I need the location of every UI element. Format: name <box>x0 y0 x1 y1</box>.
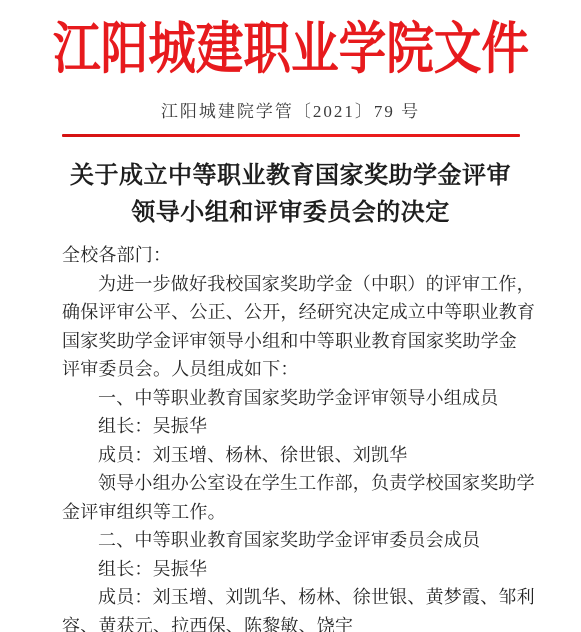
body-line: 组长：吴振华 <box>62 412 525 441</box>
body-line: 组长：吴振华 <box>62 555 525 584</box>
body-line: 一、中等职业教育国家奖助学金评审领导小组成员 <box>62 384 525 413</box>
body-line: 国家奖助学金评审领导小组和中等职业教育国家奖助学金 <box>62 327 525 356</box>
body-line: 领导小组办公室设在学生工作部，负责学校国家奖助学 <box>62 469 525 498</box>
body-line: 二、中等职业教育国家奖助学金评审委员会成员 <box>62 526 525 555</box>
document-page: 江阳城建职业学院文件 江阳城建院学管〔2021〕79 号 关于成立中等职业教育国… <box>0 0 581 632</box>
body-line: 容、黄获元、拉西保、陈黎敏、饶宇 <box>62 612 525 632</box>
document-masthead: 江阳城建职业学院文件 <box>0 14 581 86</box>
body-line: 全校各部门： <box>62 241 525 270</box>
document-number: 江阳城建院学管〔2021〕79 号 <box>0 101 581 123</box>
document-body: 全校各部门：为进一步做好我校国家奖助学金（中职）的评审工作，确保评审公平、公正、… <box>62 241 525 632</box>
red-divider-line <box>62 134 520 137</box>
body-line: 金评审组织等工作。 <box>62 498 525 527</box>
body-line: 评审委员会。人员组成如下： <box>62 355 525 384</box>
masthead-title: 江阳城建职业学院文件 <box>53 14 529 86</box>
document-title: 关于成立中等职业教育国家奖助学金评审 领导小组和评审委员会的决定 <box>0 158 581 232</box>
body-line: 确保评审公平、公正、公开，经研究决定成立中等职业教育 <box>62 298 525 327</box>
body-line: 成员：刘玉增、刘凯华、杨林、徐世银、黄梦霞、邹利 <box>62 583 525 612</box>
body-line: 成员：刘玉增、杨林、徐世银、刘凯华 <box>62 441 525 470</box>
body-line: 为进一步做好我校国家奖助学金（中职）的评审工作， <box>62 270 525 299</box>
document-title-line1: 关于成立中等职业教育国家奖助学金评审 <box>0 158 581 195</box>
document-title-line2: 领导小组和评审委员会的决定 <box>0 195 581 232</box>
